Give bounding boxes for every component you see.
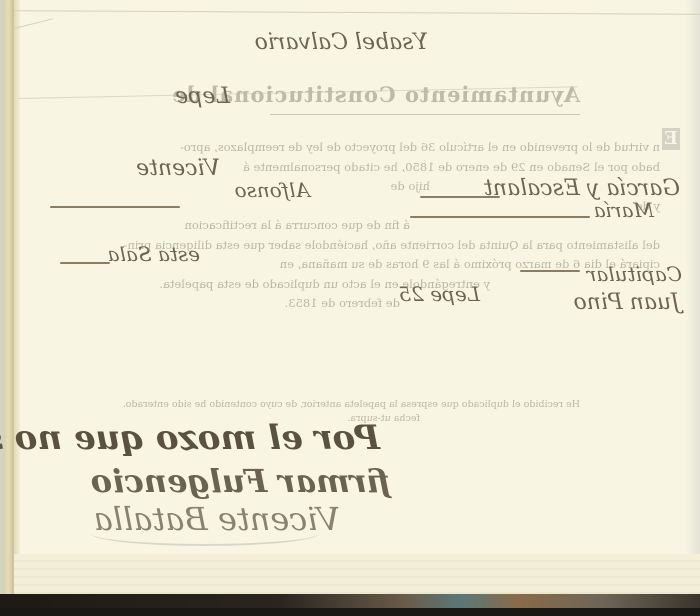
handwritten-father: Alfonso <box>235 178 310 202</box>
handwritten-bottom-line-1: Por el mozo que no sabe <box>0 418 380 458</box>
title-underline <box>270 114 580 115</box>
handwritten-top-name: Ysabel Calvario <box>255 30 428 55</box>
handwritten-bottom-line-2: firmar Fulgencio <box>91 462 390 500</box>
blank-line-father <box>50 206 180 208</box>
body-line-1: n virtud de lo prevenido en el artículo … <box>100 138 660 158</box>
handwritten-first-name: Vicente <box>136 156 220 181</box>
page-stack-edges <box>14 554 700 596</box>
blank-line-surnames <box>420 196 500 198</box>
drop-cap: E <box>662 128 680 150</box>
pencil-flourish <box>90 520 320 546</box>
handwritten-location-2: Capitular <box>587 262 682 286</box>
title-text: Ayuntamiento Constitucional de <box>171 82 580 107</box>
receipt-line-1: He recibido el duplicado que espresa la … <box>123 398 580 412</box>
handwritten-date-place: Lepe 25 <box>398 282 480 306</box>
mirrored-content: Ysabel Calvario Ayuntamiento Constitucio… <box>0 0 700 616</box>
printed-title: Ayuntamiento Constitucional de <box>171 82 580 107</box>
document-scan: Ysabel Calvario Ayuntamiento Constitucio… <box>0 0 700 616</box>
handwritten-signature: Juan Pino <box>573 290 680 315</box>
blank-line-location <box>60 262 110 264</box>
scan-background <box>0 608 700 616</box>
handwritten-place: Lepe <box>175 84 230 109</box>
handwritten-location: esta Sala <box>108 242 200 266</box>
blank-line-mother <box>410 216 590 218</box>
handwritten-mother: María <box>594 198 654 222</box>
body-line-5: á fin de que concurra á la rectificacion <box>100 216 660 236</box>
blank-line-location-2 <box>520 270 580 272</box>
